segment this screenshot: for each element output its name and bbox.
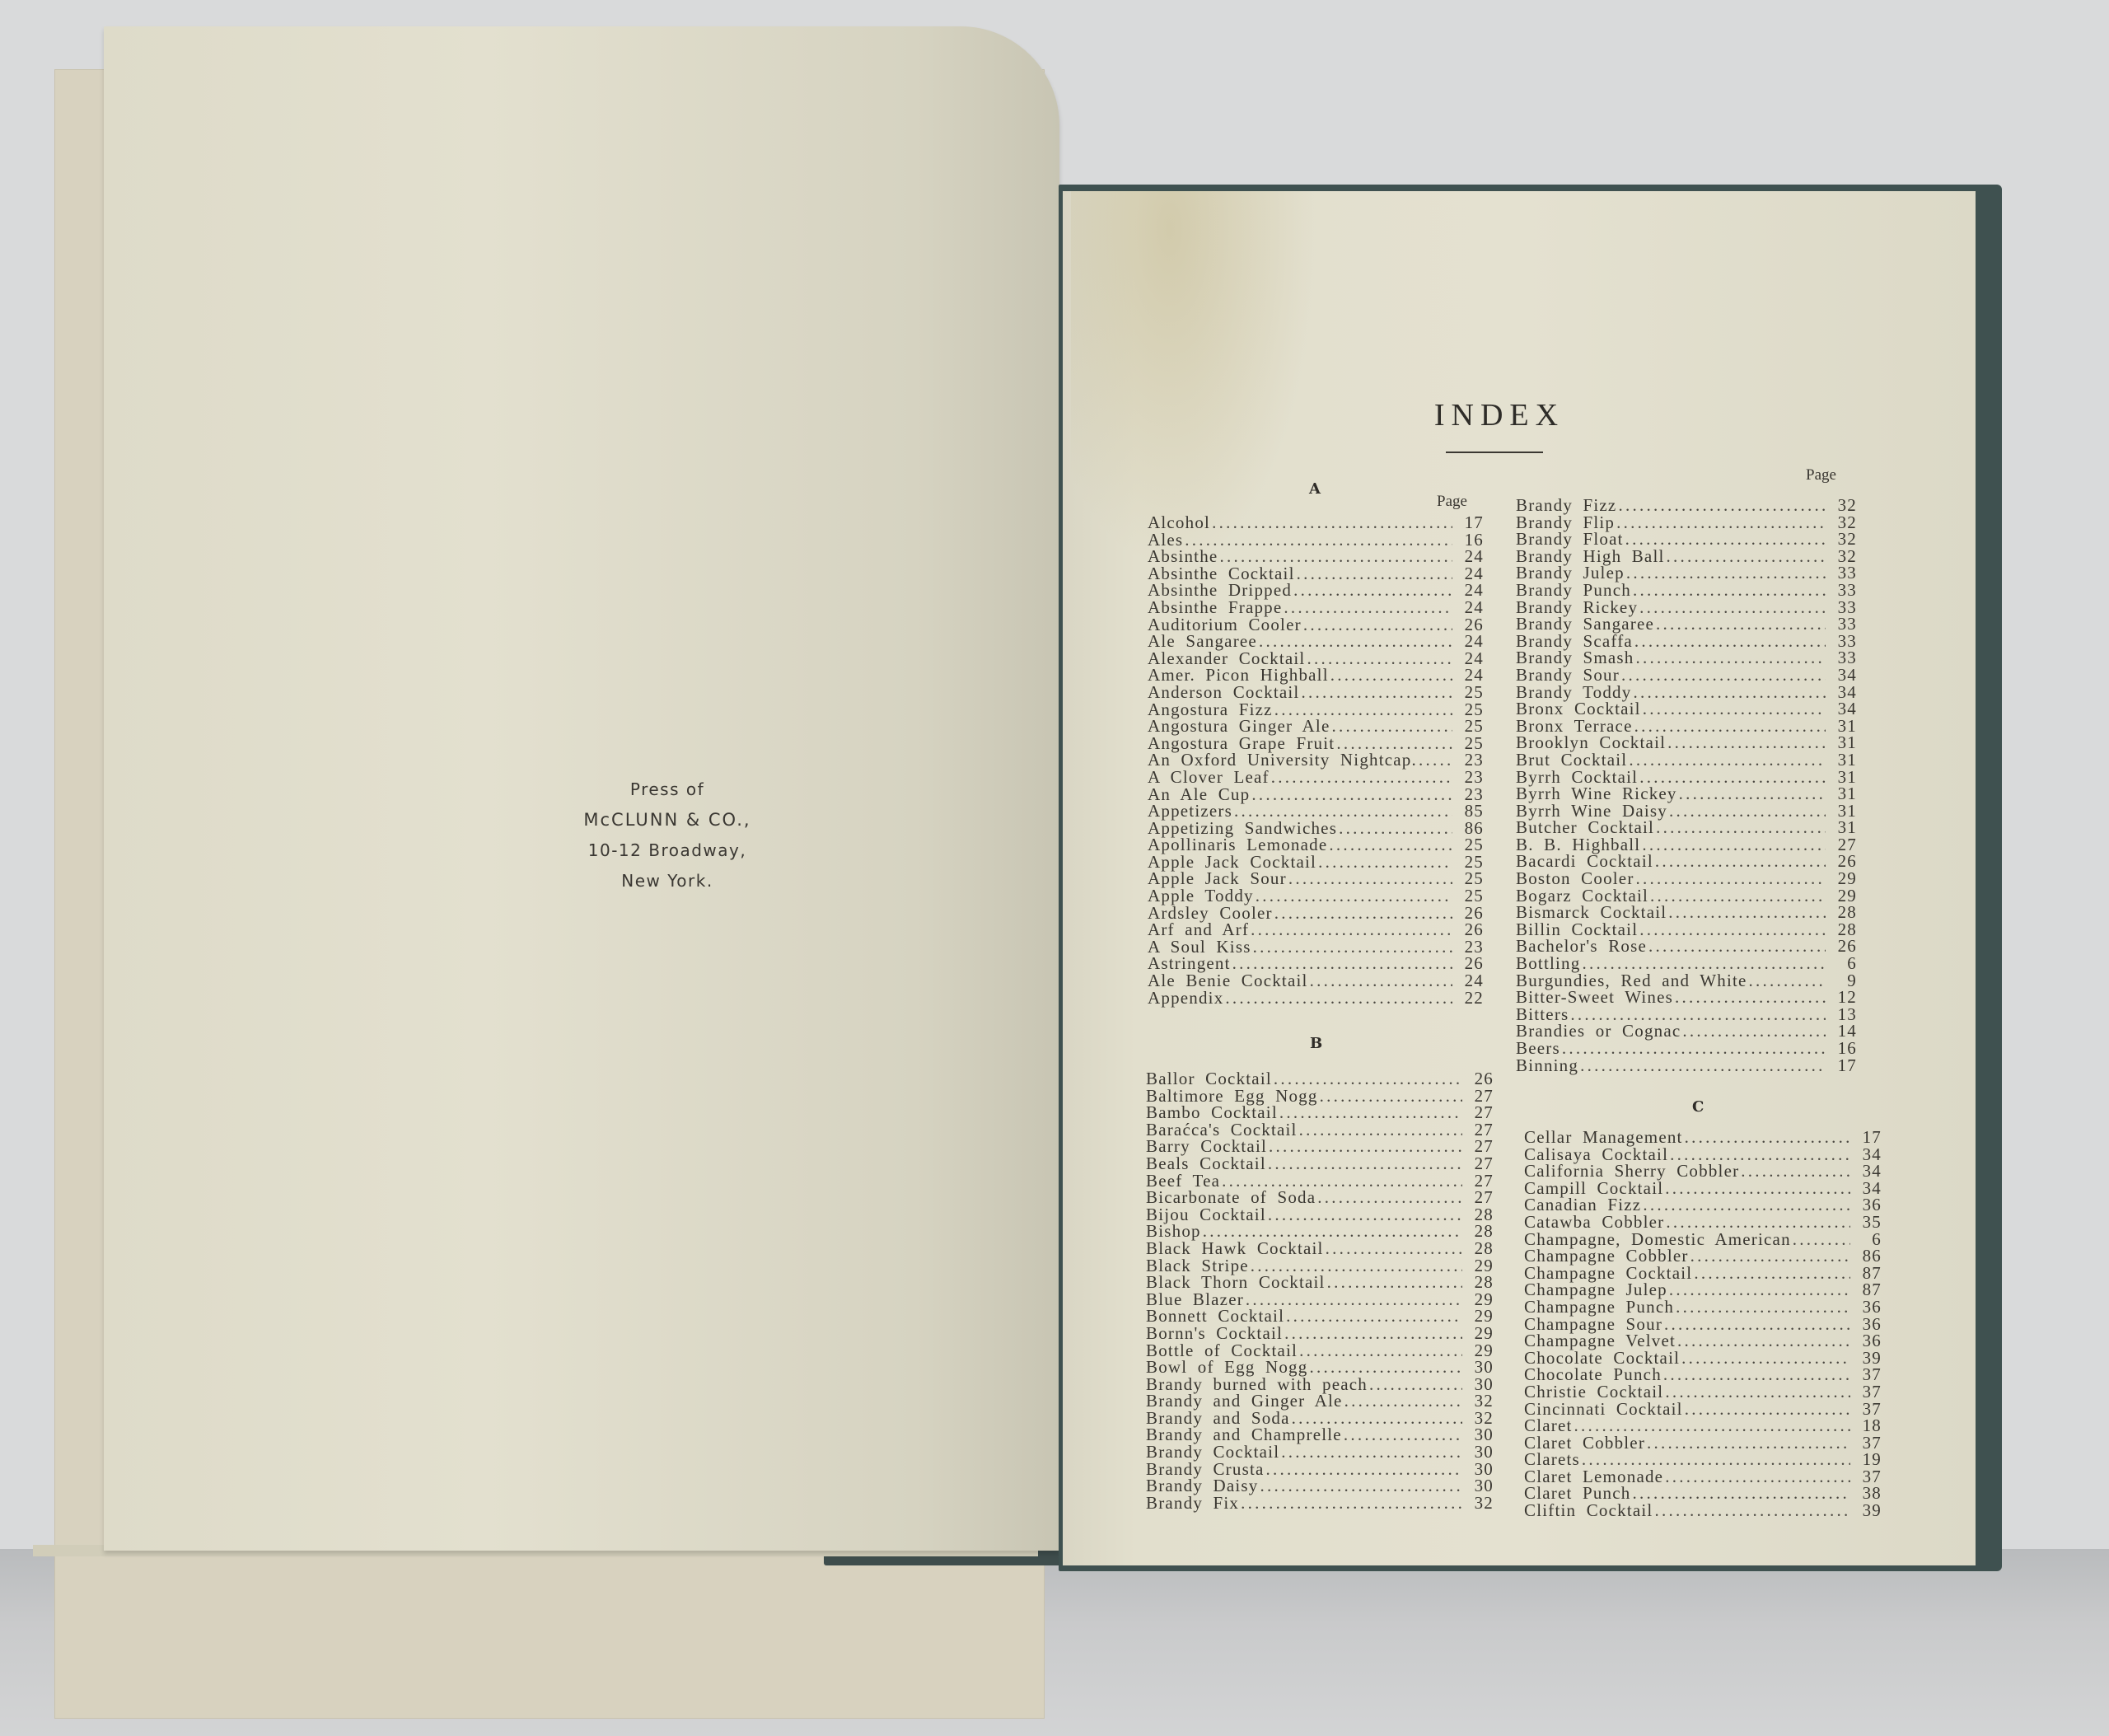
leader-dots (1653, 1502, 1850, 1519)
leader-dots (1578, 1057, 1826, 1074)
entry-name: Bornn's Cocktail (1146, 1325, 1283, 1342)
index-entry: Claret Punch38 (1524, 1485, 1882, 1502)
entry-page-number: 26 (1452, 905, 1484, 922)
entry-name: Brooklyn Cocktail (1516, 734, 1666, 751)
leader-dots (1308, 972, 1452, 990)
entry-page-number: 23 (1452, 786, 1484, 803)
entry-page-number: 23 (1452, 751, 1484, 769)
index-entry: Apple Toddy25 (1148, 887, 1484, 905)
entry-name: Absinthe Cocktail (1148, 565, 1295, 583)
entry-name: Cincinnati Cocktail (1524, 1401, 1683, 1418)
index-entry: Bottling6 (1516, 955, 1857, 972)
leader-dots (1673, 989, 1826, 1006)
index-entry: Beers16 (1516, 1040, 1857, 1057)
entry-name: Bottle of Cocktail (1146, 1342, 1298, 1359)
entry-name: Bronx Cocktail (1516, 700, 1641, 718)
index-entry: Champagne Punch36 (1524, 1298, 1882, 1316)
entry-name: Brandy Punch (1516, 582, 1631, 599)
index-entry: Alexander Cocktail24 (1148, 650, 1484, 667)
index-entry: A Clover Leaf23 (1148, 769, 1484, 786)
entry-page-number: 23 (1452, 938, 1484, 956)
leader-dots (1327, 836, 1452, 854)
index-entry: Calisaya Cocktail34 (1524, 1146, 1882, 1163)
leader-dots (1692, 1265, 1850, 1282)
entry-page-number: 24 (1452, 582, 1484, 599)
entry-name: Ale Sangaree (1148, 633, 1257, 650)
index-entry: Angostura Ginger Ale25 (1148, 718, 1484, 735)
index-entry: Canadian Fizz36 (1524, 1196, 1882, 1214)
entry-name: Beals Cocktail (1146, 1155, 1266, 1172)
entry-page-number: 31 (1826, 819, 1857, 836)
entry-page-number: 27 (1462, 1138, 1494, 1155)
entry-name: Champagne Cobbler (1524, 1247, 1689, 1265)
entry-page-number: 6 (1850, 1231, 1882, 1248)
entry-page-number: 35 (1850, 1214, 1882, 1231)
entry-page-number: 39 (1850, 1350, 1882, 1367)
entry-name: Bismarck Cocktail (1516, 904, 1667, 921)
entry-name: Chocolate Punch (1524, 1366, 1662, 1383)
index-entry: Bishop28 (1146, 1223, 1494, 1240)
leader-dots (1295, 565, 1452, 583)
index-entry: Bottle of Cocktail29 (1146, 1342, 1494, 1359)
entry-page-number: 34 (1826, 684, 1857, 701)
leader-dots (1680, 1350, 1850, 1367)
leader-dots (1638, 599, 1826, 616)
entry-page-number: 27 (1462, 1155, 1494, 1172)
entry-page-number: 29 (1826, 870, 1857, 887)
entry-name: Bijou Cocktail (1146, 1206, 1266, 1224)
leader-dots (1667, 802, 1826, 820)
index-entry: Appetizers85 (1148, 802, 1484, 820)
index-entry: Byrrh Wine Rickey31 (1516, 785, 1857, 802)
entry-name: Brandy Float (1516, 531, 1624, 548)
leader-dots (1666, 734, 1826, 751)
leader-dots (1335, 735, 1452, 752)
leader-dots (1337, 820, 1452, 837)
entry-name: Apollinaris Lemonade (1148, 836, 1327, 854)
page-heading-col1: Page (1437, 493, 1467, 511)
index-entry: Champagne Velvet36 (1524, 1332, 1882, 1350)
leader-dots (1326, 1274, 1462, 1291)
leader-dots (1630, 1485, 1850, 1502)
entry-name: Brandy Smash (1516, 649, 1634, 667)
entry-page-number: 32 (1462, 1495, 1494, 1512)
entry-name: Burgundies, Red and White (1516, 972, 1747, 990)
index-entry: Brandy Cocktail30 (1146, 1444, 1494, 1461)
imprint-line-3: 10-12 Broadway, (527, 835, 807, 866)
index-list-c: Cellar Management17Calisaya Cocktail34Ca… (1524, 1129, 1882, 1519)
entry-name: Champagne Sour (1524, 1316, 1662, 1333)
index-entry: Beef Tea27 (1146, 1172, 1494, 1190)
entry-page-number: 24 (1452, 650, 1484, 667)
leader-dots (1210, 514, 1452, 531)
index-entry: Ardsley Cooler26 (1148, 905, 1484, 922)
index-entry: Cliftin Cocktail39 (1524, 1502, 1882, 1519)
leader-dots (1249, 921, 1452, 938)
entry-page-number: 25 (1452, 701, 1484, 718)
entry-name: Brandy Rickey (1516, 599, 1638, 616)
leader-dots (1580, 1451, 1850, 1468)
index-entry: Brandy High Ball32 (1516, 548, 1857, 565)
leader-dots (1689, 1247, 1850, 1265)
leader-dots (1791, 1231, 1850, 1248)
entry-name: Beers (1516, 1040, 1560, 1057)
index-entry: Brandy burned with peach30 (1146, 1376, 1494, 1393)
index-entry: Brooklyn Cocktail31 (1516, 734, 1857, 751)
entry-page-number: 36 (1850, 1298, 1882, 1316)
index-entry: Champagne Cobbler86 (1524, 1247, 1882, 1265)
entry-page-number: 22 (1452, 990, 1484, 1007)
leader-dots (1681, 1022, 1826, 1040)
entry-name: Bambo Cocktail (1146, 1104, 1278, 1121)
entry-name: Ale Benie Cocktail (1148, 972, 1308, 990)
leader-dots (1560, 1040, 1826, 1057)
leader-dots (1653, 853, 1826, 870)
entry-page-number: 30 (1462, 1444, 1494, 1461)
entry-page-number: 32 (1462, 1410, 1494, 1427)
leader-dots (1318, 1088, 1462, 1105)
leader-dots (1665, 548, 1826, 565)
leader-dots (1316, 1189, 1462, 1206)
leader-dots (1201, 1223, 1462, 1240)
leader-dots (1573, 1417, 1850, 1434)
leader-dots (1330, 718, 1452, 735)
entry-page-number: 30 (1462, 1461, 1494, 1478)
index-entry: Brandy Smash33 (1516, 649, 1857, 667)
entry-page-number: 17 (1850, 1129, 1882, 1146)
entry-name: Alexander Cocktail (1148, 650, 1305, 667)
leader-dots (1667, 1281, 1850, 1298)
leader-dots (1569, 1006, 1826, 1023)
entry-name: Clarets (1524, 1451, 1580, 1468)
leader-dots (1633, 633, 1826, 650)
entry-name: Champagne Julep (1524, 1281, 1667, 1298)
entry-name: Astringent (1148, 955, 1231, 972)
entry-name: Apple Jack Cocktail (1148, 854, 1316, 871)
leader-dots (1183, 531, 1452, 549)
entry-name: B. B. Highball (1516, 836, 1640, 854)
entry-page-number: 31 (1826, 785, 1857, 802)
entry-name: Black Stripe (1146, 1257, 1249, 1275)
leader-dots (1668, 1146, 1850, 1163)
index-entry: Brandy Flip32 (1516, 514, 1857, 531)
entry-name: Angostura Grape Fruit (1148, 735, 1335, 752)
index-entry: Bismarck Cocktail28 (1516, 904, 1857, 921)
index-entry: California Sherry Cobbler34 (1524, 1163, 1882, 1180)
entry-name: Brandy Daisy (1146, 1477, 1258, 1495)
entry-name: Catawba Cobbler (1524, 1214, 1664, 1231)
entry-page-number: 34 (1826, 667, 1857, 684)
index-entry: Angostura Grape Fruit25 (1148, 735, 1484, 752)
page-heading-col2: Page (1806, 466, 1836, 484)
index-entry: A Soul Kiss23 (1148, 938, 1484, 956)
index-entry: Absinthe Frappe24 (1148, 599, 1484, 616)
entry-name: Boston Cooler (1516, 870, 1634, 887)
entry-name: Bachelor's Rose (1516, 938, 1647, 955)
index-entry: Byrrh Cocktail31 (1516, 769, 1857, 786)
entry-name: Blue Blazer (1146, 1291, 1244, 1308)
index-entry: Bitter-Sweet Wines12 (1516, 989, 1857, 1006)
entry-page-number: 6 (1826, 955, 1857, 972)
index-entry: Amer. Picon Highball24 (1148, 667, 1484, 684)
leader-dots (1634, 649, 1826, 667)
entry-page-number: 32 (1826, 514, 1857, 531)
index-entry: Brandy and Ginger Ale32 (1146, 1392, 1494, 1410)
entry-name: Brandy and Ginger Ale (1146, 1392, 1343, 1410)
leader-dots (1272, 1070, 1462, 1088)
index-entry: Brandy Daisy30 (1146, 1477, 1494, 1495)
entry-name: Arf and Arf (1148, 921, 1249, 938)
entry-page-number: 25 (1452, 870, 1484, 887)
leader-dots (1232, 802, 1452, 820)
entry-page-number: 27 (1462, 1121, 1494, 1139)
entry-page-number: 13 (1826, 1006, 1857, 1023)
leader-dots (1302, 616, 1452, 634)
entry-name: Bonnett Cocktail (1146, 1308, 1284, 1325)
imprint-line-4: New York. (527, 866, 807, 896)
leader-dots (1290, 1410, 1462, 1427)
index-list-b-continued: Brandy Fizz32Brandy Flip32Brandy Float32… (1516, 497, 1857, 1074)
entry-name: Claret Cobbler (1524, 1434, 1645, 1452)
entry-page-number: 87 (1850, 1265, 1882, 1282)
leader-dots (1298, 1342, 1462, 1359)
leader-dots (1307, 1359, 1462, 1376)
index-entry: Apple Jack Cocktail25 (1148, 854, 1484, 871)
index-list-a: Alcohol17Ales16Absinthe24Absinthe Cockta… (1148, 514, 1484, 1006)
entry-page-number: 33 (1826, 599, 1857, 616)
leader-dots (1298, 1121, 1462, 1139)
index-entry: Absinthe24 (1148, 548, 1484, 565)
entry-page-number: 29 (1462, 1257, 1494, 1275)
leader-dots (1641, 700, 1826, 718)
entry-name: Chocolate Cocktail (1524, 1350, 1680, 1367)
index-entry: Brandy and Champrelle30 (1146, 1426, 1494, 1444)
leader-dots (1273, 701, 1452, 718)
leader-dots (1305, 650, 1452, 667)
entry-name: Apple Jack Sour (1148, 870, 1287, 887)
entry-name: Bowl of Egg Nogg (1146, 1359, 1307, 1376)
index-entry: Boston Cooler29 (1516, 870, 1857, 887)
entry-page-number: 25 (1452, 887, 1484, 905)
leader-dots (1645, 1434, 1850, 1452)
entry-page-number: 37 (1850, 1468, 1882, 1486)
entry-name: Absinthe Frappe (1148, 599, 1282, 616)
entry-name: Bronx Terrace (1516, 718, 1633, 735)
leader-dots (1620, 667, 1826, 684)
section-letter-a: A (1309, 480, 1321, 498)
leader-dots (1641, 1196, 1850, 1214)
leader-dots (1663, 1383, 1850, 1401)
index-entry: Ales16 (1148, 531, 1484, 549)
index-entry: Brut Cocktail31 (1516, 751, 1857, 769)
index-entry: Clarets19 (1524, 1451, 1882, 1468)
leader-dots (1249, 1257, 1462, 1275)
entry-name: Brandy and Champrelle (1146, 1426, 1342, 1444)
leader-dots (1663, 1180, 1850, 1197)
entry-name: Ales (1148, 531, 1183, 549)
entry-page-number: 86 (1452, 820, 1484, 837)
index-entry: An Oxford University Nightcap.23 (1148, 751, 1484, 769)
entry-name: A Clover Leaf (1148, 769, 1270, 786)
entry-name: Bacardi Cocktail (1516, 853, 1653, 870)
leader-dots (1664, 1214, 1850, 1231)
entry-page-number: 85 (1452, 802, 1484, 820)
leader-dots (1634, 870, 1826, 887)
entry-name: Billin Cocktail (1516, 921, 1638, 938)
leader-dots (1254, 887, 1452, 905)
entry-name: Baraćca's Cocktail (1146, 1121, 1298, 1139)
entry-page-number: 17 (1452, 514, 1484, 531)
entry-page-number: 27 (1826, 836, 1857, 854)
entry-page-number: 25 (1452, 836, 1484, 854)
entry-name: Bicarbonate of Soda (1146, 1189, 1316, 1206)
entry-page-number: 37 (1850, 1383, 1882, 1401)
entry-name: Brut Cocktail (1516, 751, 1627, 769)
entry-page-number: 37 (1850, 1401, 1882, 1418)
leader-dots (1257, 633, 1452, 650)
leader-dots (1267, 1138, 1462, 1155)
entry-page-number: 29 (1462, 1291, 1494, 1308)
entry-name: Butcher Cocktail (1516, 819, 1654, 836)
index-entry: Arf and Arf26 (1148, 921, 1484, 938)
entry-name: Brandy Toddy (1516, 684, 1631, 701)
index-entry: Bicarbonate of Soda27 (1146, 1189, 1494, 1206)
index-entry: Absinthe Dripped24 (1148, 582, 1484, 599)
entry-page-number: 23 (1452, 769, 1484, 786)
index-entry: Billin Cocktail28 (1516, 921, 1857, 938)
entry-name: Calisaya Cocktail (1524, 1146, 1668, 1163)
entry-page-number: 34 (1850, 1146, 1882, 1163)
entry-page-number: 32 (1462, 1392, 1494, 1410)
entry-name: Brandy Cocktail (1146, 1444, 1279, 1461)
leader-dots (1282, 599, 1452, 616)
entry-name: Brandy Flip (1516, 514, 1615, 531)
entry-page-number: 31 (1826, 802, 1857, 820)
entry-page-number: 27 (1462, 1088, 1494, 1105)
entry-name: Barry Cocktail (1146, 1138, 1267, 1155)
entry-name: Canadian Fizz (1524, 1196, 1641, 1214)
entry-name: Claret Lemonade (1524, 1468, 1663, 1486)
entry-page-number: 28 (1462, 1274, 1494, 1291)
index-entry: Absinthe Cocktail24 (1148, 565, 1484, 583)
entry-page-number: 37 (1850, 1434, 1882, 1452)
entry-name: Christie Cocktail (1524, 1383, 1663, 1401)
entry-page-number: 29 (1826, 887, 1857, 905)
entry-page-number: 25 (1452, 684, 1484, 701)
entry-page-number: 33 (1826, 582, 1857, 599)
leader-dots (1631, 684, 1826, 701)
entry-page-number: 29 (1462, 1325, 1494, 1342)
index-entry: Black Hawk Cocktail28 (1146, 1240, 1494, 1257)
index-entry: Bogarz Cocktail29 (1516, 887, 1857, 905)
entry-page-number: 32 (1826, 531, 1857, 548)
entry-name: Absinthe (1148, 548, 1218, 565)
entry-page-number: 25 (1452, 735, 1484, 752)
title-rule (1446, 452, 1543, 453)
leader-dots (1654, 615, 1826, 633)
index-entry: Cincinnati Cocktail37 (1524, 1401, 1882, 1418)
entry-page-number: 24 (1452, 599, 1484, 616)
index-entry: Chocolate Cocktail39 (1524, 1350, 1882, 1367)
index-entry: Bornn's Cocktail29 (1146, 1325, 1494, 1342)
imprint-line-2: McCLUNN & CO., (527, 805, 807, 835)
index-entry: Appendix22 (1148, 990, 1484, 1007)
entry-name: Brandy Crusta (1146, 1461, 1265, 1478)
entry-name: Apple Toddy (1148, 887, 1254, 905)
entry-page-number: 38 (1850, 1485, 1882, 1502)
entry-page-number: 16 (1826, 1040, 1857, 1057)
entry-page-number: 29 (1462, 1308, 1494, 1325)
index-entry: Campill Cocktail34 (1524, 1180, 1882, 1197)
entry-name: Brandy burned with peach (1146, 1376, 1368, 1393)
entry-name: Champagne, Domestic American (1524, 1231, 1791, 1248)
leader-dots (1270, 769, 1452, 786)
index-entry: Chocolate Punch37 (1524, 1366, 1882, 1383)
index-entry: Butcher Cocktail31 (1516, 819, 1857, 836)
index-entry: Burgundies, Red and White9 (1516, 972, 1857, 990)
entry-name: Campill Cocktail (1524, 1180, 1663, 1197)
index-entry: Brandy Rickey33 (1516, 599, 1857, 616)
leader-dots (1625, 564, 1826, 582)
entry-page-number: 29 (1462, 1342, 1494, 1359)
entry-name: Angostura Fizz (1148, 701, 1273, 718)
entry-page-number: 31 (1826, 751, 1857, 769)
index-entry: Champagne Cocktail87 (1524, 1265, 1882, 1282)
index-entry: Alcohol17 (1148, 514, 1484, 531)
entry-page-number: 26 (1452, 616, 1484, 634)
leader-dots (1677, 785, 1826, 802)
leader-dots (1633, 718, 1826, 735)
entry-name: Bishop (1146, 1223, 1201, 1240)
index-entry: Bambo Cocktail27 (1146, 1104, 1494, 1121)
entry-name: Brandy High Ball (1516, 548, 1665, 565)
entry-page-number: 25 (1452, 718, 1484, 735)
index-entry: Apple Jack Sour25 (1148, 870, 1484, 887)
entry-name: Champagne Cocktail (1524, 1265, 1692, 1282)
index-entry: Bitters13 (1516, 1006, 1857, 1023)
leader-dots (1676, 1332, 1850, 1350)
leader-dots (1316, 854, 1452, 871)
entry-name: Brandy Julep (1516, 564, 1625, 582)
entry-name: Black Hawk Cocktail (1146, 1240, 1324, 1257)
index-entry: Claret Cobbler37 (1524, 1434, 1882, 1452)
section-letter-b: B (1310, 1035, 1322, 1052)
entry-name: Baltimore Egg Nogg (1146, 1088, 1318, 1105)
entry-page-number: 30 (1462, 1376, 1494, 1393)
leader-dots (1624, 531, 1826, 548)
entry-name: Black Thorn Cocktail (1146, 1274, 1326, 1291)
leader-dots (1342, 1426, 1462, 1444)
index-entry: Brandy Fizz32 (1516, 497, 1857, 514)
leader-dots (1266, 1206, 1462, 1224)
entry-name: Appendix (1148, 990, 1223, 1007)
entry-page-number: 31 (1826, 718, 1857, 735)
index-entry: Brandy Fix32 (1146, 1495, 1494, 1512)
entry-name: Bottling (1516, 955, 1580, 972)
leader-dots (1662, 1316, 1850, 1333)
leader-dots (1638, 769, 1826, 786)
leader-dots (1640, 836, 1826, 854)
leader-dots (1739, 1163, 1850, 1180)
leader-dots (1747, 972, 1826, 990)
index-entry: Brandies or Cognac14 (1516, 1022, 1857, 1040)
index-entry: Bachelor's Rose26 (1516, 938, 1857, 955)
entry-name: Brandy Sour (1516, 667, 1620, 684)
entry-page-number: 24 (1452, 548, 1484, 565)
leader-dots (1580, 955, 1826, 972)
entry-name: An Ale Cup (1148, 786, 1250, 803)
leader-dots (1674, 1298, 1850, 1316)
